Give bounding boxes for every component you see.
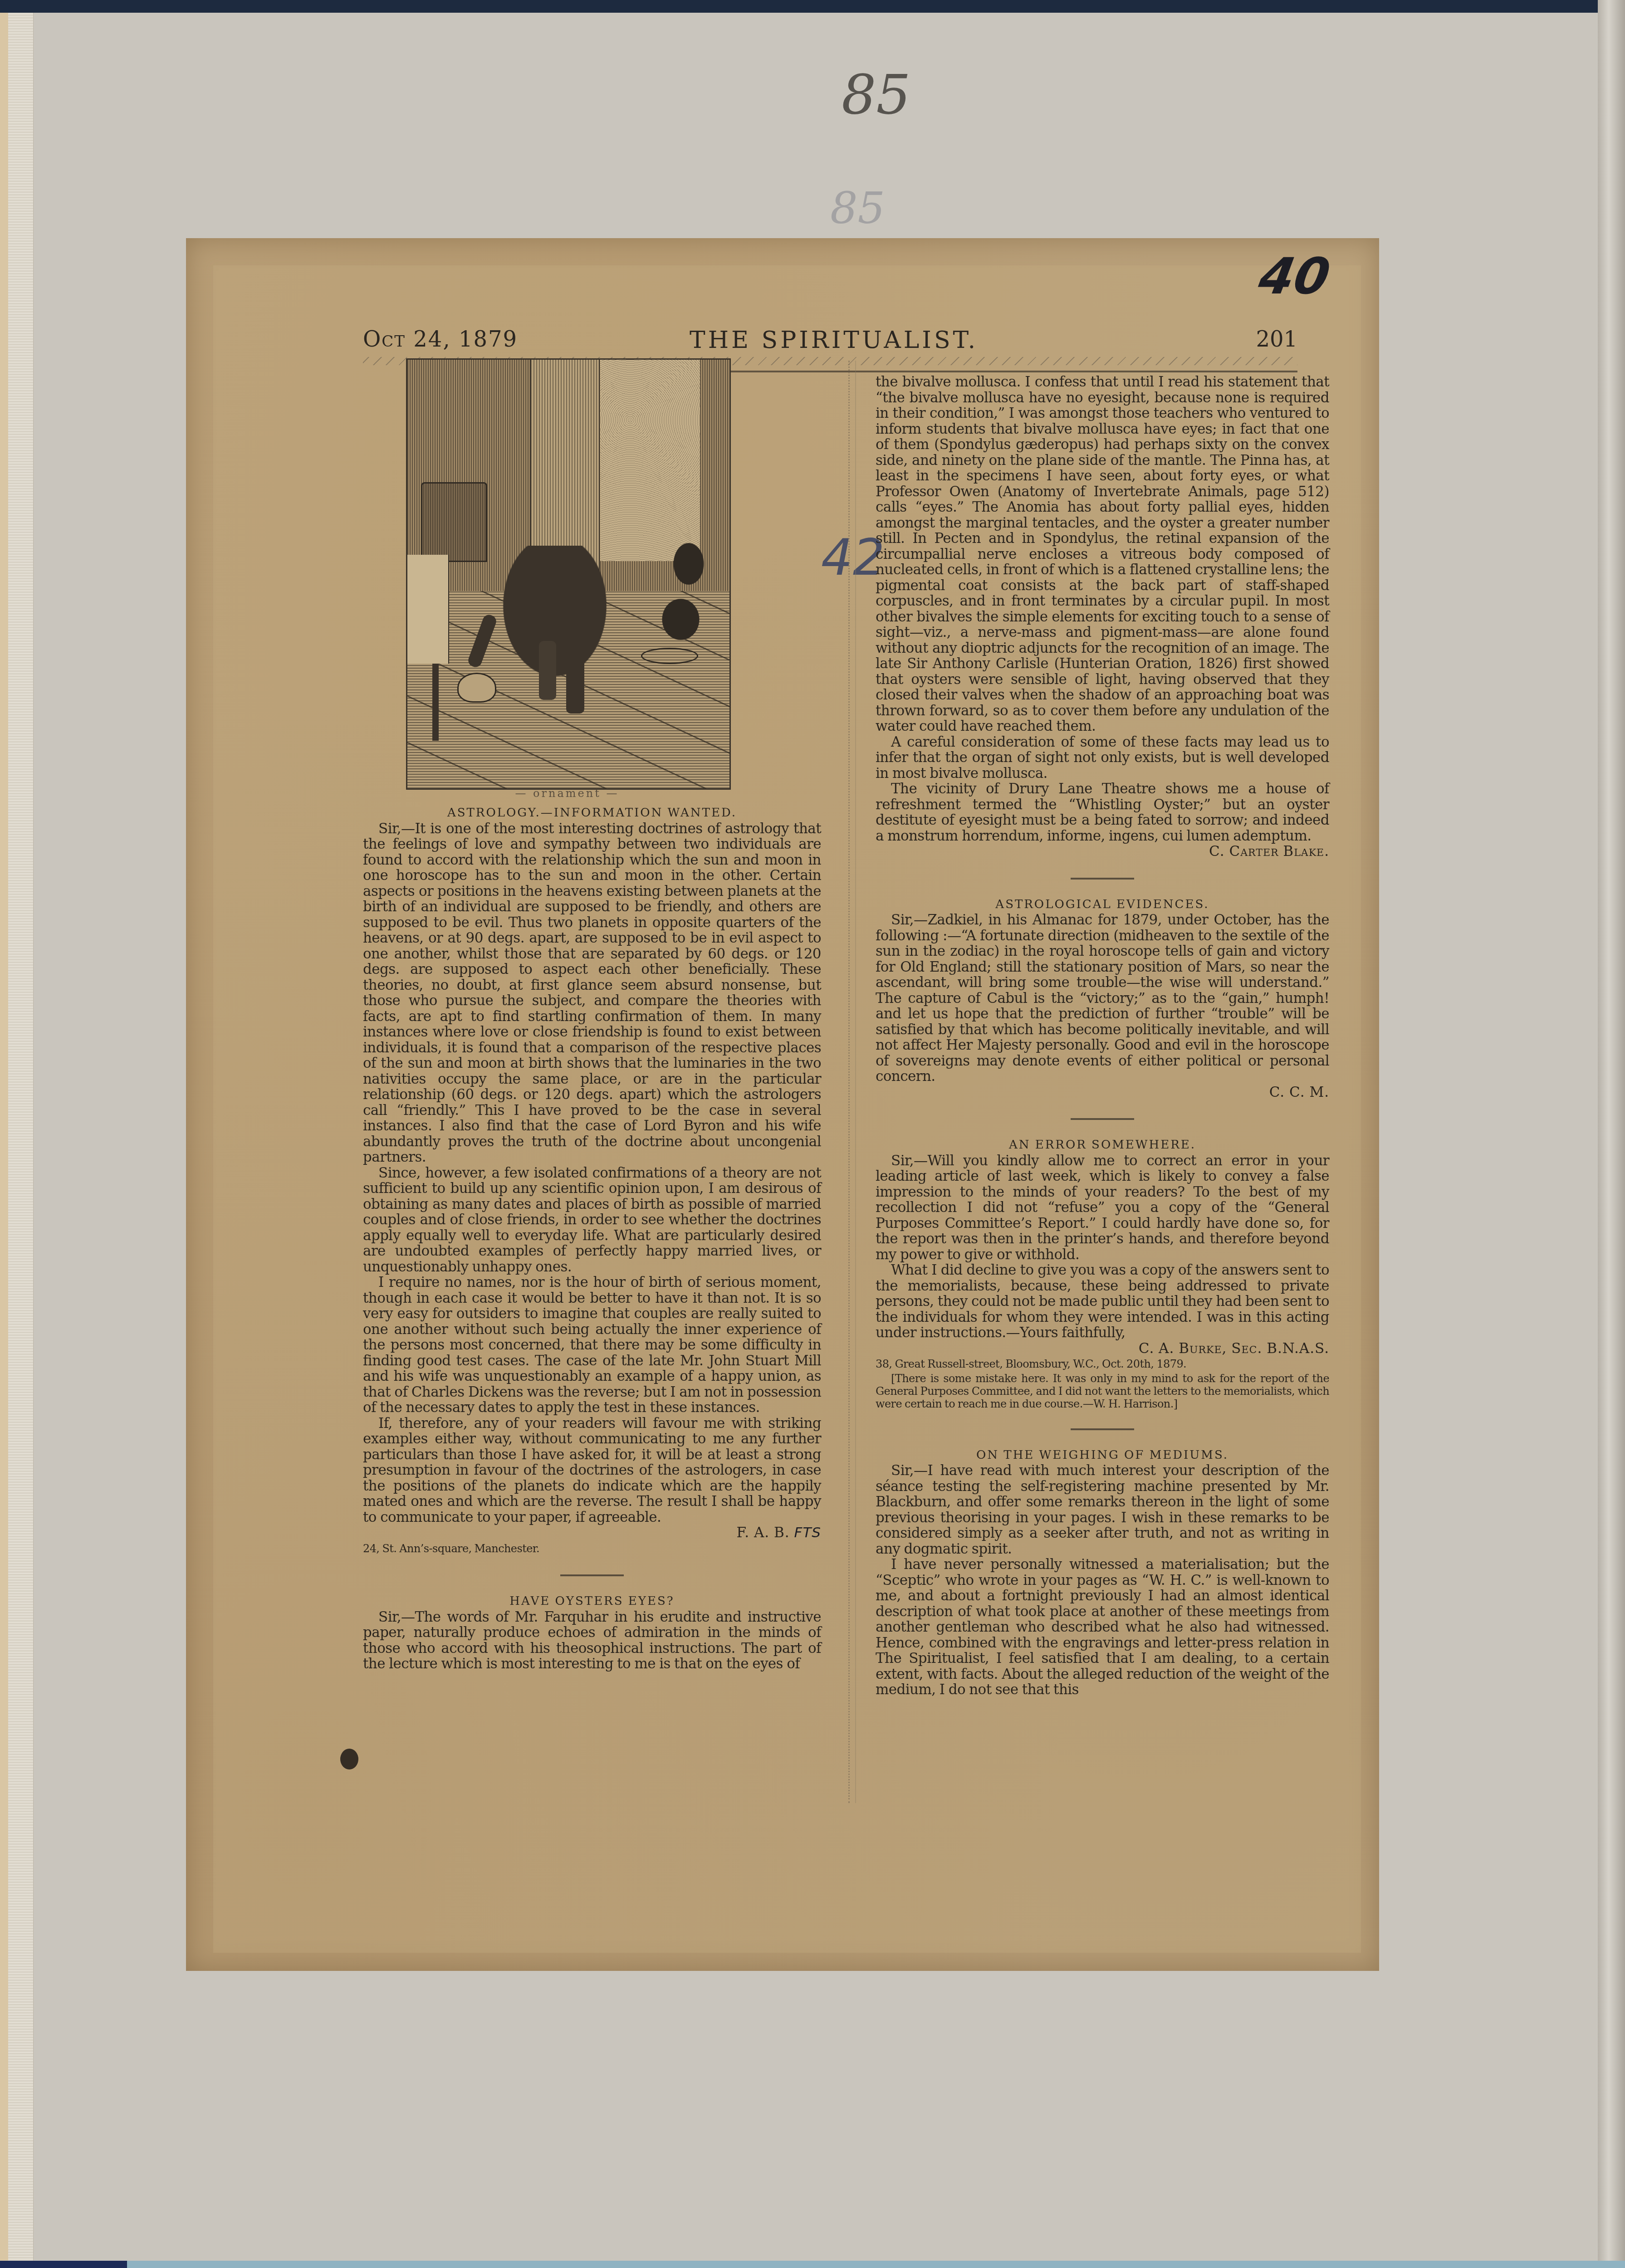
article-heading: ON THE WEIGHING OF MEDIUMS. xyxy=(876,1447,1329,1463)
handwritten-number-42: 42 xyxy=(821,528,885,587)
engraving-elephant-leg xyxy=(539,641,556,700)
right-column: the bivalve mollusca. I confess that unt… xyxy=(876,374,1329,1698)
article-paragraph: Sir,—The words of Mr. Farquhar in his er… xyxy=(363,1609,821,1672)
handwritten-number-40: 40 xyxy=(1255,247,1335,305)
article-paragraph: A careful consideration of some of these… xyxy=(876,734,1329,782)
engraving-chair xyxy=(421,482,487,562)
folio-number-ink: 85 xyxy=(842,64,911,127)
article-paragraph: The vicinity of Drury Lane Theatre shows… xyxy=(876,781,1329,844)
section-separator xyxy=(1071,878,1134,880)
publication-title: THE SPIRITUALIST. xyxy=(690,327,978,354)
article-paragraph: If, therefore, any of your readers will … xyxy=(363,1416,821,1525)
newspaper-clipping: 40 42 Oct 24, 1879 THE SPIRITUALIST. 201… xyxy=(186,238,1379,1971)
article-paragraph: I have never personally witnessed a mate… xyxy=(876,1557,1329,1698)
signature-initials: F. A. B. xyxy=(737,1525,790,1541)
article-paragraph: Sir,—I have read with much interest your… xyxy=(876,1463,1329,1557)
engraving-bowl xyxy=(641,648,698,664)
column-divider xyxy=(848,361,850,1803)
column-divider xyxy=(855,361,856,1803)
section-separator xyxy=(1071,1118,1134,1120)
article-paragraph: What I did decline to give you was a cop… xyxy=(876,1262,1329,1341)
folio-number-pencil: 85 xyxy=(830,184,885,234)
engraving-bear-cub xyxy=(659,596,702,643)
header-rule xyxy=(662,371,1297,372)
article-paragraph: Sir,—Zadkiel, in his Almanac for 1879, u… xyxy=(876,912,1329,1085)
issue-date: Oct 24, 1879 xyxy=(363,327,518,352)
engraving-kettle xyxy=(457,673,496,703)
engraving-elephant-leg xyxy=(566,650,584,714)
ink-blot xyxy=(340,1749,358,1769)
article-signature: F. A. B. FTS xyxy=(363,1525,821,1541)
article-address: 24, St. Ann’s-square, Manchester. xyxy=(363,1541,821,1557)
article-paragraph: Sir,—Will you kindly allow me to correct… xyxy=(876,1153,1329,1263)
engraving-monkey xyxy=(671,539,707,589)
handwritten-fts: FTS xyxy=(794,1525,821,1541)
binding-strip xyxy=(0,13,8,2268)
linen-binding-tape xyxy=(8,13,34,2263)
article-heading: ASTROLOGY.—INFORMATION WANTED. xyxy=(363,805,821,821)
article-heading: AN ERROR SOMEWHERE. xyxy=(876,1137,1329,1153)
article-signature: C. C. M. xyxy=(876,1085,1329,1100)
engraving-ornament: — ornament — xyxy=(420,787,715,801)
engraving-table-leg xyxy=(432,664,439,741)
engraving-veranda xyxy=(600,360,700,561)
article-signature: C. A. Burke, Sec. B.N.A.S. xyxy=(876,1341,1329,1357)
article-paragraph: the bivalve mollusca. I confess that unt… xyxy=(876,374,1329,734)
article-heading: HAVE OYSTERS EYES? xyxy=(363,1593,821,1609)
article-signature: C. Carter Blake. xyxy=(876,844,1329,860)
elephant-engraving xyxy=(406,358,731,790)
editor-note: [There is some mistake here. It was only… xyxy=(876,1372,1329,1410)
running-head: Oct 24, 1879 THE SPIRITUALIST. 201 xyxy=(363,322,1297,354)
engraving-draped-table xyxy=(407,555,449,664)
article-paragraph: Since, however, a few isolated confirmat… xyxy=(363,1165,821,1275)
article-address: 38, Great Russell-street, Bloomsbury, W.… xyxy=(876,1356,1329,1372)
left-column: ASTROLOGY.—INFORMATION WANTED. Sir,—It i… xyxy=(363,805,821,1672)
article-heading: ASTROLOGICAL EVIDENCES. xyxy=(876,897,1329,913)
backdrop-edge xyxy=(0,2261,1625,2268)
article-paragraph: Sir,—It is one of the most interesting d… xyxy=(363,821,821,1165)
page-number: 201 xyxy=(1256,327,1297,352)
section-separator xyxy=(1071,1428,1134,1430)
page-edge-stack xyxy=(1598,0,1625,2268)
article-paragraph: I require no names, nor is the hour of b… xyxy=(363,1275,821,1416)
section-separator xyxy=(560,1574,624,1576)
